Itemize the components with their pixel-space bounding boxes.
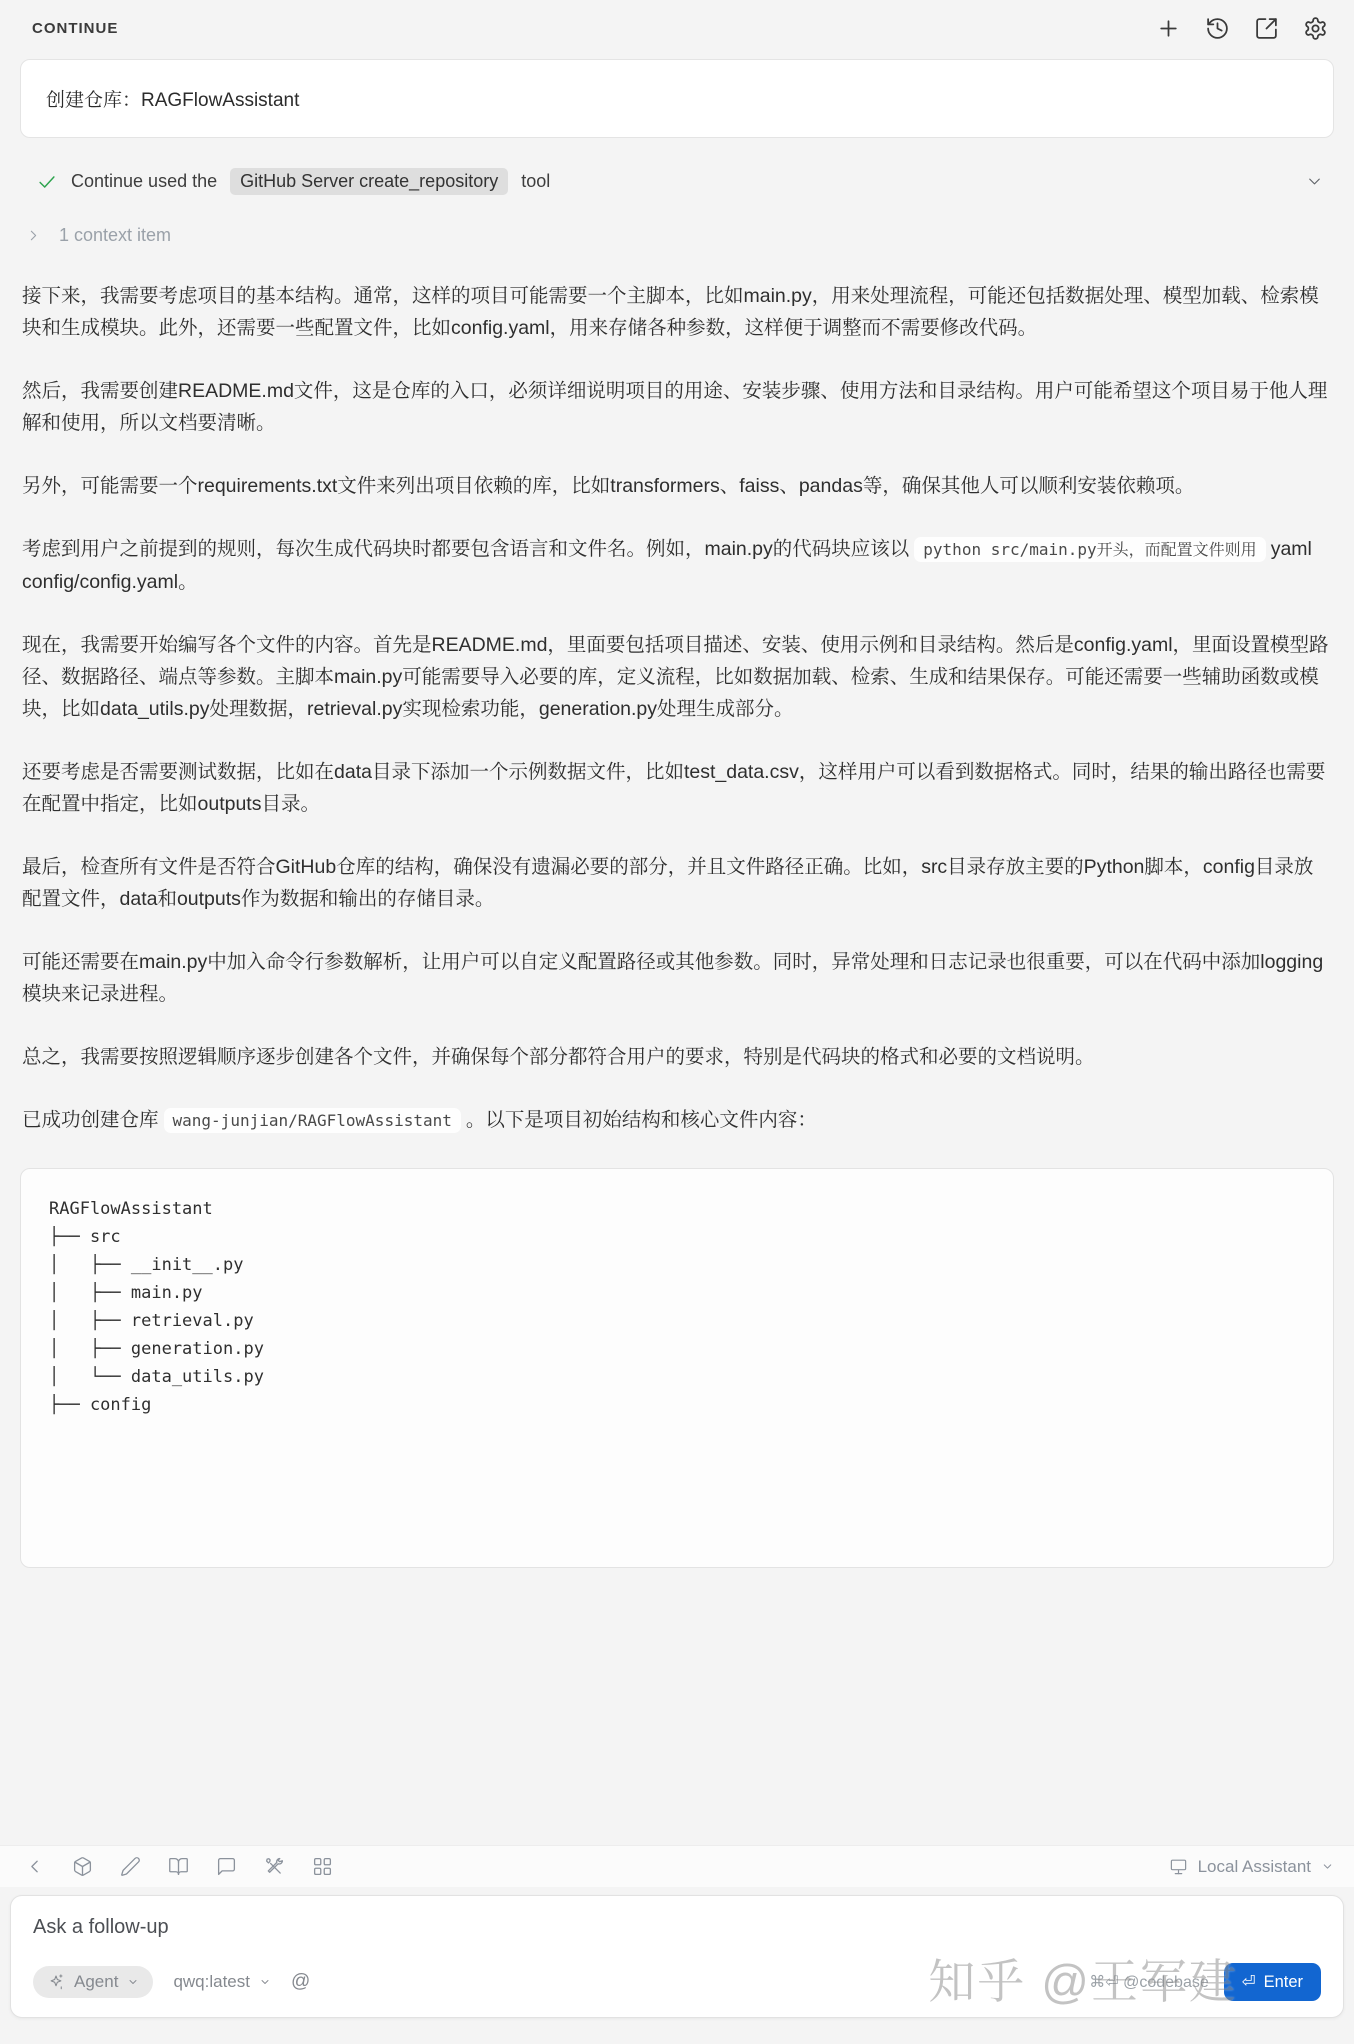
return-key-icon: ⏎ xyxy=(1242,1972,1256,1992)
top-bar: CONTINUE xyxy=(0,0,1354,51)
pencil-icon xyxy=(120,1856,141,1877)
open-external-button[interactable] xyxy=(1254,16,1279,41)
settings-icon xyxy=(1303,16,1328,41)
back-button[interactable] xyxy=(24,1856,45,1877)
thought-paragraph: 可能还需要在main.py中加入命令行参数解析，让用户可以自定义配置路径或其他参… xyxy=(22,946,1332,1010)
chevron-down-icon xyxy=(1321,1860,1334,1873)
top-bar-actions xyxy=(1156,16,1328,41)
chevron-left-icon xyxy=(24,1856,45,1877)
plus-icon xyxy=(1161,21,1176,36)
assistant-response: 接下来，我需要考虑项目的基本结构。通常，这样的项目可能需要一个主脚本，比如mai… xyxy=(0,246,1354,1137)
tool-usage-row[interactable]: Continue used the GitHub Server create_r… xyxy=(0,138,1354,195)
history-button[interactable] xyxy=(1205,16,1230,41)
add-context-button[interactable]: @ xyxy=(291,1971,310,1993)
sparkles-icon xyxy=(47,1973,65,1991)
session-toolbar: Local Assistant xyxy=(0,1845,1354,1887)
user-message[interactable]: 创建仓库：RAGFlowAssistant xyxy=(20,59,1334,138)
thought-paragraph: 现在，我需要开始编写各个文件的内容。首先是README.md，里面要包括项目描述… xyxy=(22,629,1332,725)
chevron-down-icon xyxy=(1305,172,1324,191)
enter-button-label: Enter xyxy=(1264,1973,1303,1992)
composer[interactable]: Agent qwq:latest @ ⌘⏎ @codebase ⏎ Enter xyxy=(10,1895,1344,2018)
tools-icon xyxy=(264,1856,285,1877)
tool-usage-suffix: tool xyxy=(521,171,550,192)
context-items-label: 1 context item xyxy=(59,225,171,246)
context-items-row[interactable]: 1 context item xyxy=(0,195,1354,246)
inline-code: python src/main.py开头，而配置文件则用 xyxy=(914,537,1265,562)
bottom-panel: Local Assistant Agent qwq:latest @ ⌘⏎ @c… xyxy=(0,1845,1354,2044)
new-session-button[interactable] xyxy=(1156,16,1181,41)
thought-paragraph: 另外，可能需要一个requirements.txt文件来列出项目依赖的库，比如t… xyxy=(22,470,1332,502)
chevron-down-icon xyxy=(259,1976,271,1988)
paragraph-text: 。以下是项目初始结构和核心文件内容： xyxy=(466,1109,817,1131)
apps-button[interactable] xyxy=(312,1856,333,1877)
thought-paragraph: 考虑到用户之前提到的规则，每次生成代码块时都要包含语言和文件名。例如，main.… xyxy=(22,533,1332,598)
tool-name-badge: GitHub Server create_repository xyxy=(230,168,508,195)
open-external-icon xyxy=(1254,16,1279,41)
edit-button[interactable] xyxy=(120,1856,141,1877)
grid-icon xyxy=(312,1856,333,1877)
assistant-selector[interactable]: Local Assistant xyxy=(1169,1857,1334,1877)
docs-button[interactable] xyxy=(168,1856,189,1877)
app-title: CONTINUE xyxy=(32,20,118,37)
feedback-button[interactable] xyxy=(216,1856,237,1877)
book-open-icon xyxy=(168,1856,189,1877)
mode-selector-label: Agent xyxy=(74,1972,118,1992)
follow-up-input[interactable] xyxy=(33,1916,935,1939)
model-selector[interactable]: qwq:latest xyxy=(173,1972,271,1992)
composer-controls: Agent qwq:latest @ ⌘⏎ @codebase ⏎ Enter xyxy=(33,1963,1321,2001)
mode-selector[interactable]: Agent xyxy=(33,1966,153,1998)
result-line: 已成功创建仓库wang-junjian/RAGFlowAssistant。以下是… xyxy=(22,1104,1332,1137)
chevron-right-icon xyxy=(25,227,42,244)
models-button[interactable] xyxy=(72,1856,93,1877)
repo-name-inline-code: wang-junjian/RAGFlowAssistant xyxy=(164,1108,461,1133)
file-tree-code-block: RAGFlowAssistant ├── src │ ├── __init__.… xyxy=(20,1168,1334,1568)
user-message-text: 创建仓库：RAGFlowAssistant xyxy=(46,90,299,111)
chat-bubble-icon xyxy=(216,1856,237,1877)
thought-paragraph: 还要考虑是否需要测试数据，比如在data目录下添加一个示例数据文件，比如test… xyxy=(22,756,1332,820)
paragraph-text: 已成功创建仓库 xyxy=(22,1109,159,1131)
chevron-down-icon xyxy=(127,1976,139,1988)
tool-usage-prefix: Continue used the xyxy=(71,171,217,192)
monitor-icon xyxy=(1169,1857,1188,1876)
paragraph-text: 考虑到用户之前提到的规则，每次生成代码块时都要包含语言和文件名。例如，main.… xyxy=(22,538,909,560)
thought-paragraph: 然后，我需要创建README.md文件，这是仓库的入口，必须详细说明项目的用途、… xyxy=(22,375,1332,439)
codebase-shortcut-hint: ⌘⏎ @codebase xyxy=(1089,1972,1208,1992)
settings-button[interactable] xyxy=(1303,16,1328,41)
enter-button[interactable]: ⏎ Enter xyxy=(1224,1963,1321,2001)
thought-paragraph: 总之，我需要按照逻辑顺序逐步创建各个文件，并确保每个部分都符合用户的要求，特别是… xyxy=(22,1041,1332,1073)
thought-paragraph: 最后，检查所有文件是否符合GitHub仓库的结构，确保没有遗漏必要的部分，并且文… xyxy=(22,851,1332,915)
model-selector-label: qwq:latest xyxy=(173,1972,250,1992)
box-icon xyxy=(72,1856,93,1877)
assistant-selector-label: Local Assistant xyxy=(1198,1857,1311,1877)
composer-submit-area: ⌘⏎ @codebase ⏎ Enter xyxy=(1089,1963,1321,2001)
tool-usage-expand-button[interactable] xyxy=(1305,172,1324,191)
thought-paragraph: 接下来，我需要考虑项目的基本结构。通常，这样的项目可能需要一个主脚本，比如mai… xyxy=(22,280,1332,344)
history-icon xyxy=(1205,16,1230,41)
check-icon xyxy=(36,171,58,193)
tools-button[interactable] xyxy=(264,1856,285,1877)
